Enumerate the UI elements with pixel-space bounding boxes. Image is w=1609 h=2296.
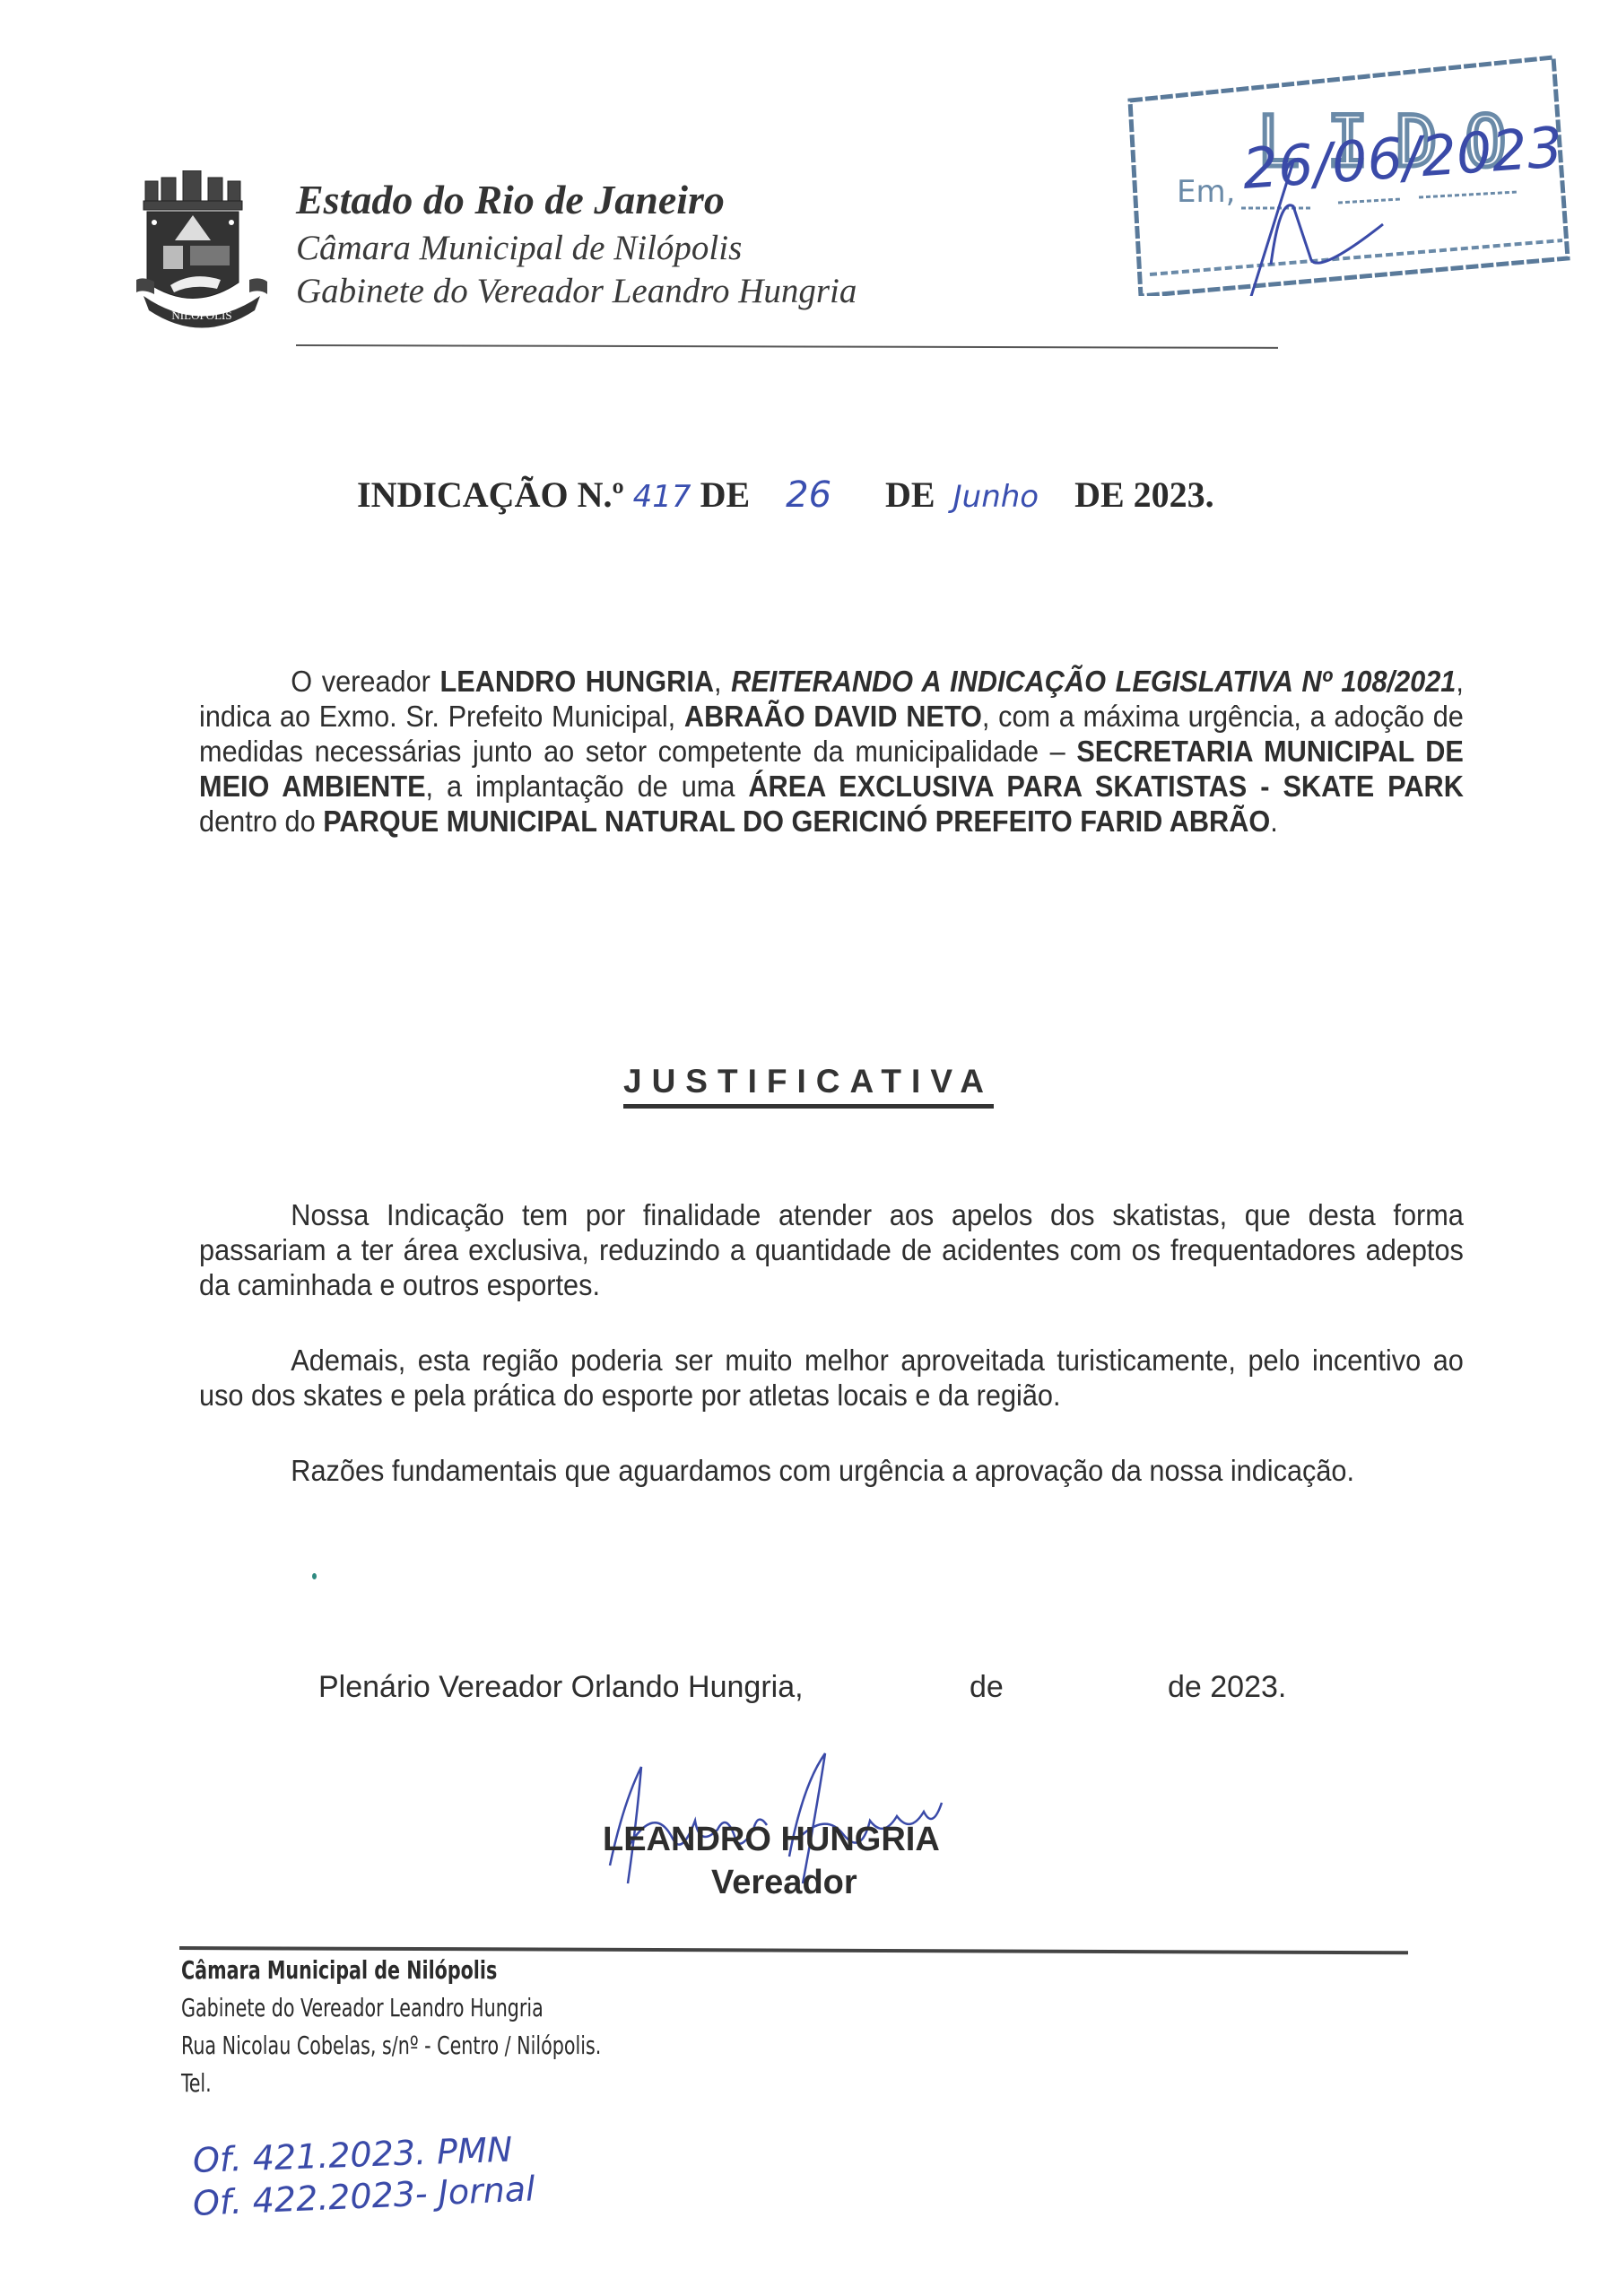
handwritten-notes: Of. 421.2023. PMN Of. 422.2023- Jornal [193, 2139, 535, 2225]
indicacao-title: INDICAÇÃO N.º 417 DE 26 DE Junho DE 2023… [357, 474, 1214, 516]
title-de: DE [885, 474, 935, 516]
indicacao-number: 417 [633, 479, 691, 515]
svg-text:NILÓPOLIS: NILÓPOLIS [171, 309, 231, 322]
footer-divider [179, 1946, 1408, 1954]
chamber-subtitle: Câmara Municipal de Nilópolis [296, 228, 742, 268]
footer-chamber: Câmara Municipal de Nilópolis [181, 1955, 497, 1985]
footer-office: Gabinete do Vereador Leandro Hungria [181, 1993, 544, 2022]
justificativa-paragraph-2: Ademais, esta região poderia ser muito m… [199, 1343, 1464, 1413]
closing-de: de [970, 1670, 1004, 1705]
lido-stamp: LIDO Em, 26/06/2023 [1123, 54, 1571, 296]
title-de: DE [700, 474, 751, 516]
closing-year: de 2023. [1168, 1670, 1286, 1705]
footer-address: Rua Nicolau Cobelas, s/nº - Centro / Nil… [181, 2031, 601, 2060]
footer-phone: Tel. [181, 2068, 212, 2098]
indicacao-month: Junho [953, 479, 1039, 515]
ink-speck [312, 1573, 317, 1579]
header-divider [296, 344, 1278, 349]
closing-place: Plenário Vereador Orlando Hungria, [318, 1670, 804, 1705]
justificativa-paragraph-3: Razões fundamentais que aguardamos com u… [199, 1453, 1464, 1488]
title-prefix: INDICAÇÃO N.º [357, 474, 624, 516]
municipal-crest-logo: NILÓPOLIS [135, 170, 269, 336]
state-title: Estado do Rio de Janeiro [296, 176, 725, 223]
indicacao-body: O vereador LEANDRO HUNGRIA, REITERANDO A… [199, 664, 1464, 839]
stamp-em-label: Em, [1177, 174, 1235, 210]
justificativa-heading: JUSTIFICATIVA [623, 1063, 994, 1109]
office-subtitle: Gabinete do Vereador Leandro Hungria [296, 271, 857, 311]
title-year: DE 2023. [1074, 474, 1214, 516]
signatory-role: Vereador [711, 1864, 857, 1902]
justificativa-paragraph-1: Nossa Indicação tem por finalidade atend… [199, 1197, 1464, 1302]
body-paragraph: O vereador LEANDRO HUNGRIA, REITERANDO A… [199, 664, 1464, 839]
indicacao-day: 26 [786, 474, 831, 516]
signatory-name: LEANDRO HUNGRIA [603, 1821, 940, 1859]
